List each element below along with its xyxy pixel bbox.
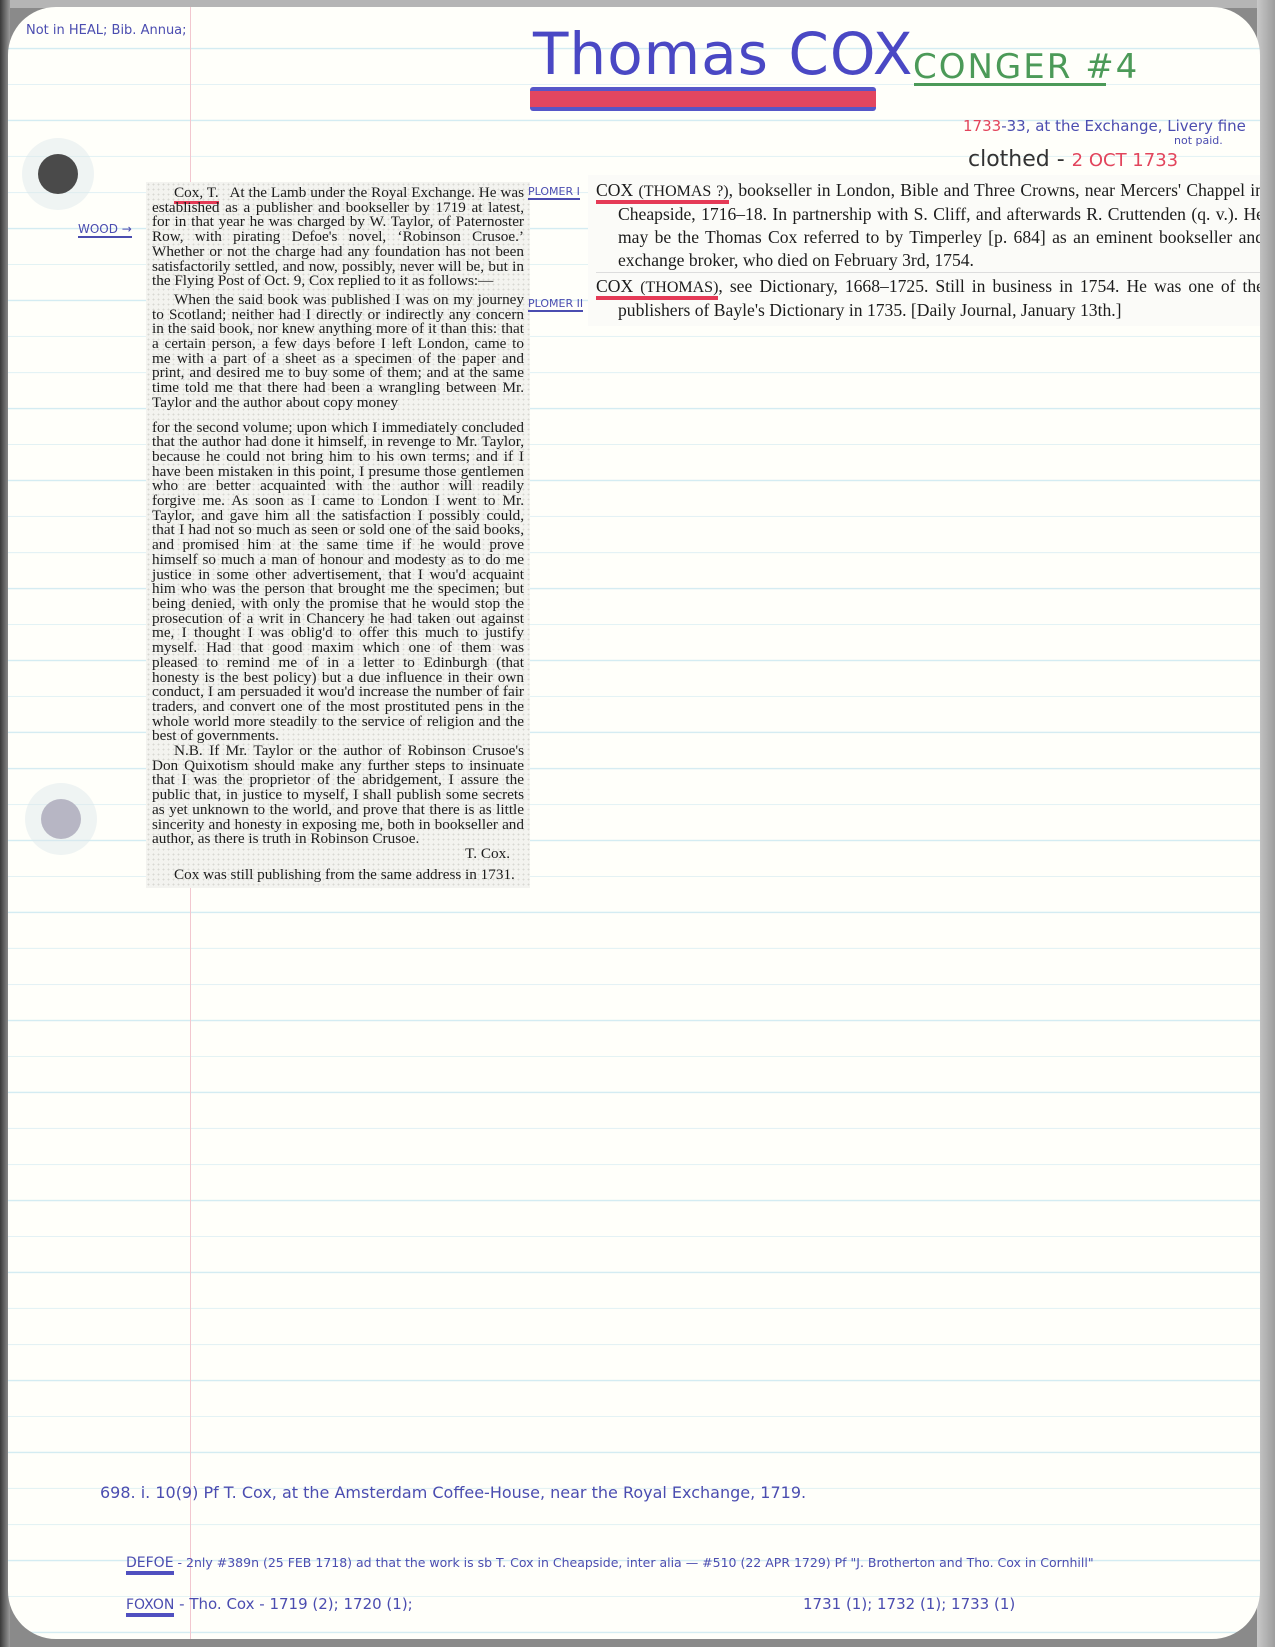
plomer-clipping: COX (THOMAS ?), bookseller in London, Bi… [588, 175, 1260, 326]
notebook-page: Not in HEAL; Bib. Annua; Thomas COX CONG… [8, 7, 1260, 1639]
conger-underline [914, 83, 1106, 86]
entry-name: COX (THOMAS ?) [596, 180, 729, 204]
livery-year: 1733 [963, 117, 1001, 135]
clipping-paragraph: When the said book was published I was o… [152, 293, 524, 411]
plomer-entry: COX (THOMAS ?), bookseller in London, Bi… [596, 179, 1260, 272]
clipping-closing: Cox was still publishing from the same a… [152, 868, 524, 883]
livery-note-2: not paid. [1174, 134, 1223, 147]
foxon-text: - Tho. Cox - 1719 (2); 1720 (1); [179, 1595, 413, 1613]
punch-hole-icon [41, 799, 81, 839]
clothed-date: 2 OCT 1733 [1072, 150, 1178, 171]
clipping-text: At the Lamb under the Royal Exchange. He… [152, 184, 524, 289]
imprint-note: 698. i. 10(9) Pf T. Cox, at the Amsterda… [100, 1483, 806, 1502]
wood-margin-tag: WOOD → [78, 222, 132, 238]
defoe-note: DEFOE - 2nly #389n (25 FEB 1718) ad that… [126, 1555, 1094, 1571]
note-top-left: Not in HEAL; Bib. Annua; [26, 23, 187, 38]
entry-forename: (THOMAS ?) [638, 183, 728, 200]
entry-surname: COX [596, 276, 633, 296]
clothed-note: clothed - 2 OCT 1733 [968, 147, 1178, 172]
conger-tag: CONGER #4 [913, 47, 1139, 87]
clipping-paragraph: Cox, T. At the Lamb under the Royal Exch… [152, 186, 524, 289]
clipping-paragraph: for the second volume; upon which I imme… [152, 421, 524, 744]
plomer-2-tag: PLOMER II [528, 297, 583, 312]
clipping-paragraph: N.B. If Mr. Taylor or the author of Robi… [152, 744, 524, 847]
plomer-1-tag: PLOMER I [528, 185, 580, 200]
foxon-note-2: 1731 (1); 1732 (1); 1733 (1) [803, 1595, 1015, 1613]
plomer-entry: COX (THOMAS), see Dictionary, 1668–1725.… [596, 272, 1260, 322]
defoe-text: - 2nly #389n (25 FEB 1718) ad that the w… [178, 1555, 1094, 1570]
entry-surname: COX [596, 180, 633, 200]
punch-hole-icon [38, 154, 78, 194]
entry-name: COX (THOMAS) [596, 276, 718, 300]
page-title: Thomas COX [533, 25, 914, 83]
defoe-label: DEFOE [126, 1555, 174, 1575]
foxon-label: FOXON [126, 1597, 174, 1617]
livery-note-text: -33, at the Exchange, Livery fine [1001, 117, 1246, 135]
foxon-note: FOXON - Tho. Cox - 1719 (2); 1720 (1); [126, 1595, 413, 1613]
entry-forename: (THOMAS) [640, 279, 718, 296]
clothed-label: clothed - [968, 147, 1065, 172]
clipping-signature: T. Cox. [152, 847, 524, 862]
livery-note: 1733-33, at the Exchange, Livery fine [963, 117, 1246, 135]
title-underline [530, 87, 876, 111]
wood-clipping: Cox, T. At the Lamb under the Royal Exch… [146, 182, 530, 888]
